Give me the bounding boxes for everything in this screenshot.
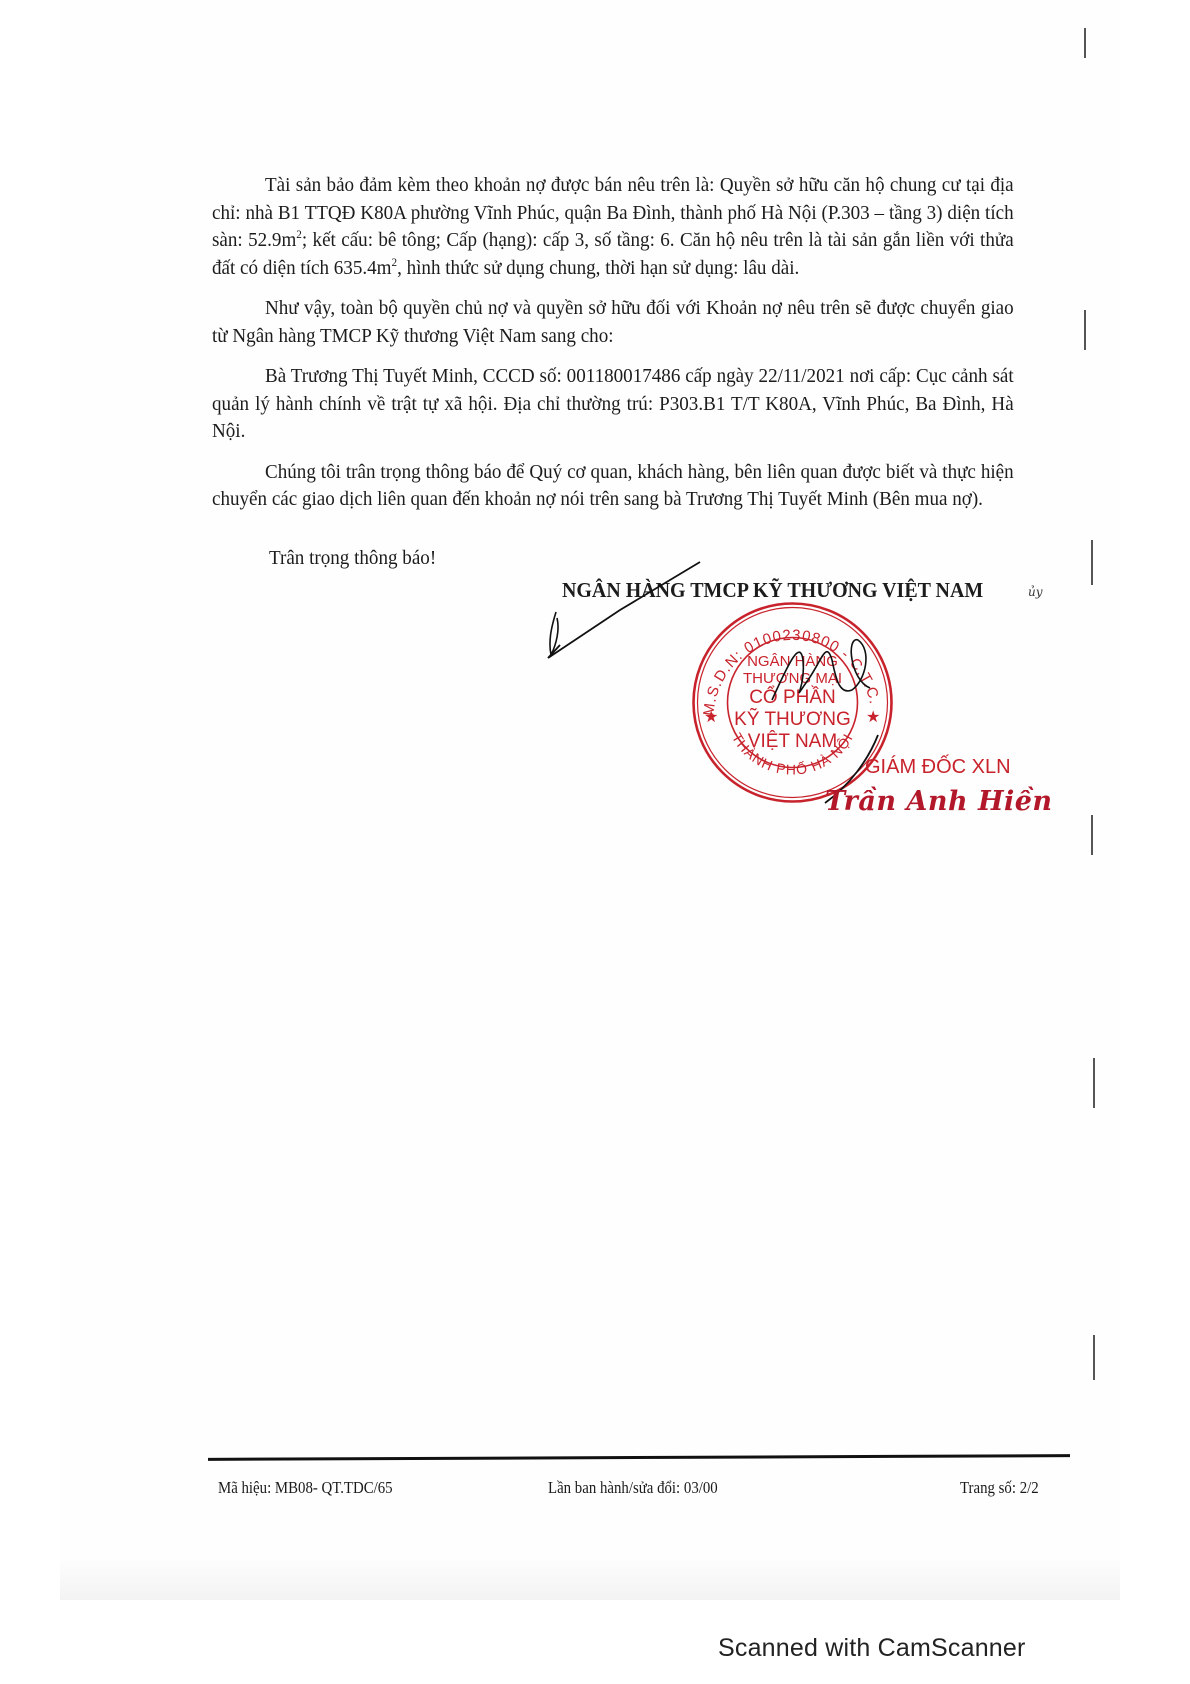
margin-mark bbox=[1093, 1335, 1095, 1380]
paragraph-notice: Chúng tôi trân trọng thông báo để Quý cơ… bbox=[212, 459, 1014, 514]
camscanner-watermark: Scanned with CamScanner bbox=[718, 1634, 1026, 1663]
page-bottom-edge bbox=[60, 1560, 1120, 1600]
margin-mark bbox=[1084, 310, 1086, 350]
initials-mark: ủy bbox=[1028, 585, 1043, 599]
closing-remark: Trân trọng thông báo! bbox=[269, 547, 436, 570]
signatory-name: Trần Anh Hiền bbox=[825, 786, 1053, 817]
margin-mark bbox=[1093, 1058, 1095, 1108]
paragraph-transfer: Như vậy, toàn bộ quyền chủ nợ và quyền s… bbox=[212, 295, 1014, 350]
margin-mark bbox=[1091, 540, 1093, 585]
paragraph-collateral: Tài sản bảo đảm kèm theo khoản nợ được b… bbox=[212, 172, 1014, 282]
letter-body: Tài sản bảo đảm kèm theo khoản nợ được b… bbox=[212, 172, 1014, 527]
footer-revision: Lần ban hành/sửa đổi: 03/00 bbox=[548, 1478, 718, 1498]
margin-mark bbox=[1091, 815, 1093, 855]
margin-mark bbox=[1084, 28, 1086, 58]
footer-document-code: Mã hiệu: MB08- QT.TDC/65 bbox=[218, 1478, 393, 1498]
paragraph-buyer: Bà Trương Thị Tuyết Minh, CCCD số: 00118… bbox=[212, 363, 1014, 446]
footer-page-number: Trang số: 2/2 bbox=[960, 1478, 1039, 1498]
signatory-title: GIÁM ĐỐC XLN bbox=[865, 756, 1011, 779]
